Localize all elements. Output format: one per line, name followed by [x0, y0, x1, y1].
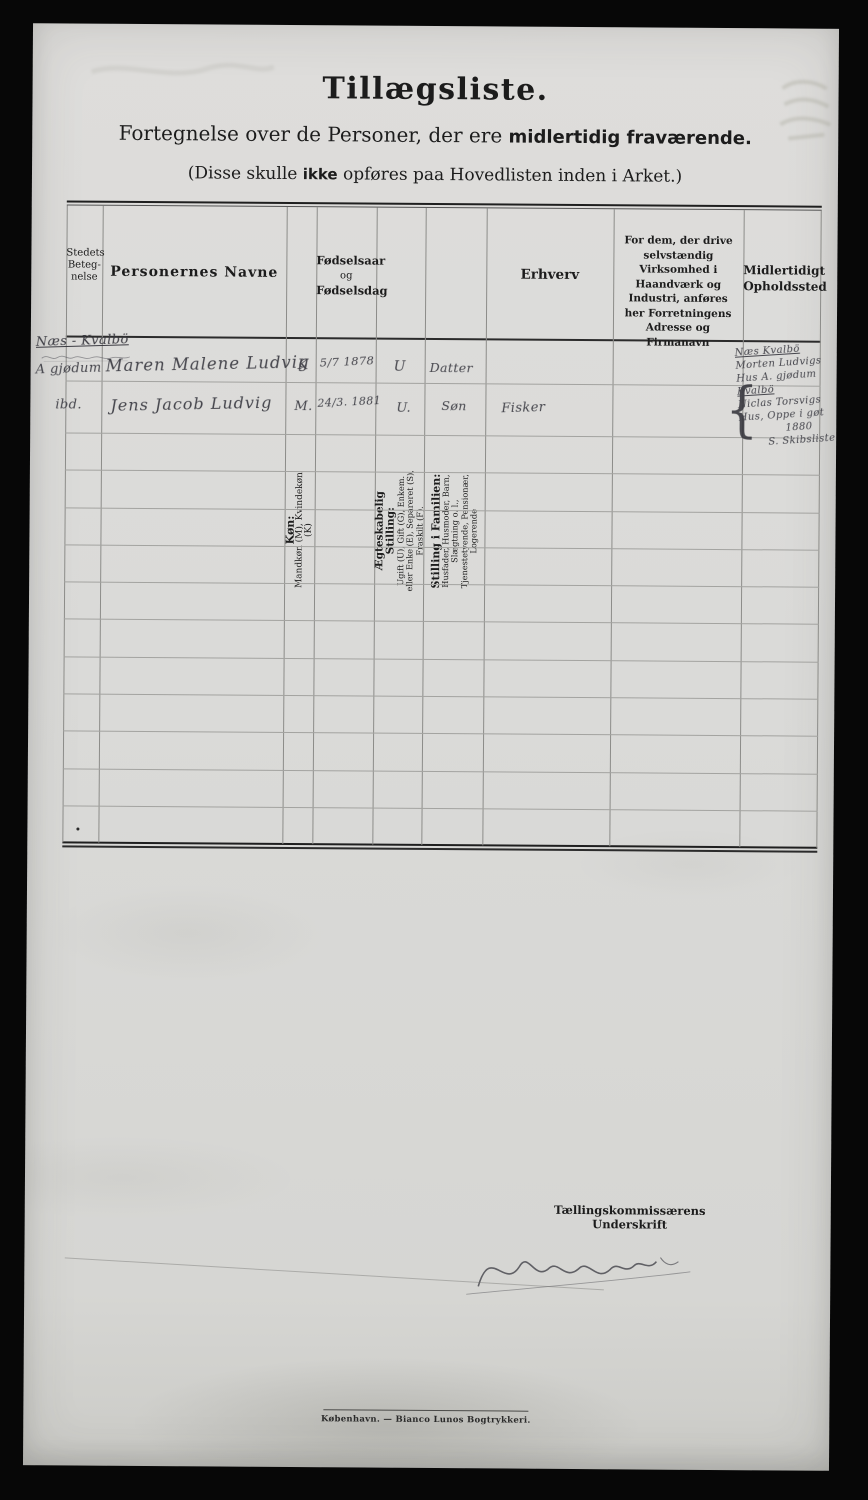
page-title: Tillægsliste. — [32, 69, 838, 110]
census-table: Stedets Beteg- nelse Personernes Navne K… — [62, 200, 822, 855]
occupation-header-text: Erhverv — [520, 267, 579, 283]
row-line — [64, 656, 819, 662]
row-line — [64, 618, 819, 624]
row2-marital: U. — [396, 401, 411, 416]
abode-note: Næs Kvalbö Morten Ludvigs Hus A. gjødum … — [734, 339, 868, 451]
row1-place: A gjødum — [35, 361, 101, 378]
row2-place: ibd. — [55, 397, 82, 412]
handwritten-place-heading: Næs - Kvalbö — [36, 332, 129, 350]
footer-imprint: København. — Bianco Lunos Bogtrykkeri. — [298, 1414, 553, 1426]
row1-marital: U — [394, 359, 406, 375]
row1-name: Maren Malene Ludvig — [106, 352, 310, 375]
paper-sheet: Tillægsliste. Fortegnelse over de Person… — [23, 23, 839, 1471]
row-line — [65, 432, 820, 438]
place-header-l2: Beteg- — [66, 259, 102, 271]
birth-header-l3: Fødselsdag — [316, 283, 376, 298]
row1-birth: 5/7 1878 — [319, 353, 374, 369]
place-header-l3: nelse — [66, 271, 102, 283]
row2-family: Søn — [441, 398, 466, 413]
note-bold: ikke — [303, 165, 338, 183]
page-subtitle: Fortegnelse over de Personer, der ere mi… — [32, 120, 838, 150]
row-line — [63, 805, 818, 811]
row2-name: Jens Jacob Ludvig — [110, 393, 272, 415]
row-line — [63, 768, 818, 774]
row-line — [66, 380, 821, 386]
row-line — [64, 544, 819, 550]
ink-speck — [76, 828, 79, 831]
abode-note-line: S. Skibsliste — [768, 429, 868, 448]
row-line — [65, 469, 820, 475]
abode-header-l1: Midlertidigt — [743, 262, 820, 279]
row2-occupation: Fisker — [501, 400, 545, 416]
row1-sex: K — [298, 357, 309, 373]
row-line — [65, 507, 820, 513]
note-prefix: (Disse skulle — [188, 163, 303, 184]
row1-family: Datter — [430, 360, 473, 375]
note-suffix: opføres paa Hovedlisten inden i Arket.) — [338, 164, 683, 186]
place-header-l1: Stedets — [66, 247, 102, 259]
page-title-text: Tillægsliste. — [322, 71, 548, 108]
names-header-text: Personernes Navne — [110, 264, 278, 281]
handwritten-signature — [464, 1226, 705, 1308]
subtitle-bold: midlertidig fraværende. — [508, 127, 751, 150]
birth-header-l2: og — [316, 268, 376, 283]
subtitle-prefix: Fortegnelse over de Personer, der ere — [119, 121, 509, 148]
birth-header-l1: Fødselsaar — [316, 253, 376, 268]
business-header-text: For dem, der drive selvstændig Virksomhe… — [624, 234, 732, 348]
table-body: Næs - Kvalbö A gjødum Maren Malene Ludvi… — [62, 335, 821, 847]
row-line — [63, 730, 818, 736]
imprint-overline — [323, 1409, 528, 1411]
page-note: (Disse skulle ikke opføres paa Hovedlist… — [32, 162, 838, 188]
row2-sex: M. — [294, 399, 312, 414]
row-line — [64, 581, 819, 587]
scanned-census-page: { "page": { "title": "Tillægsliste.", "s… — [0, 0, 868, 1500]
abode-header-l2: Opholdssted — [743, 278, 820, 295]
row-line — [63, 693, 818, 699]
row2-birth: 24/3. 1881 — [317, 394, 381, 410]
footer-imprint-text: København. — Bianco Lunos Bogtrykkeri. — [321, 1414, 531, 1425]
